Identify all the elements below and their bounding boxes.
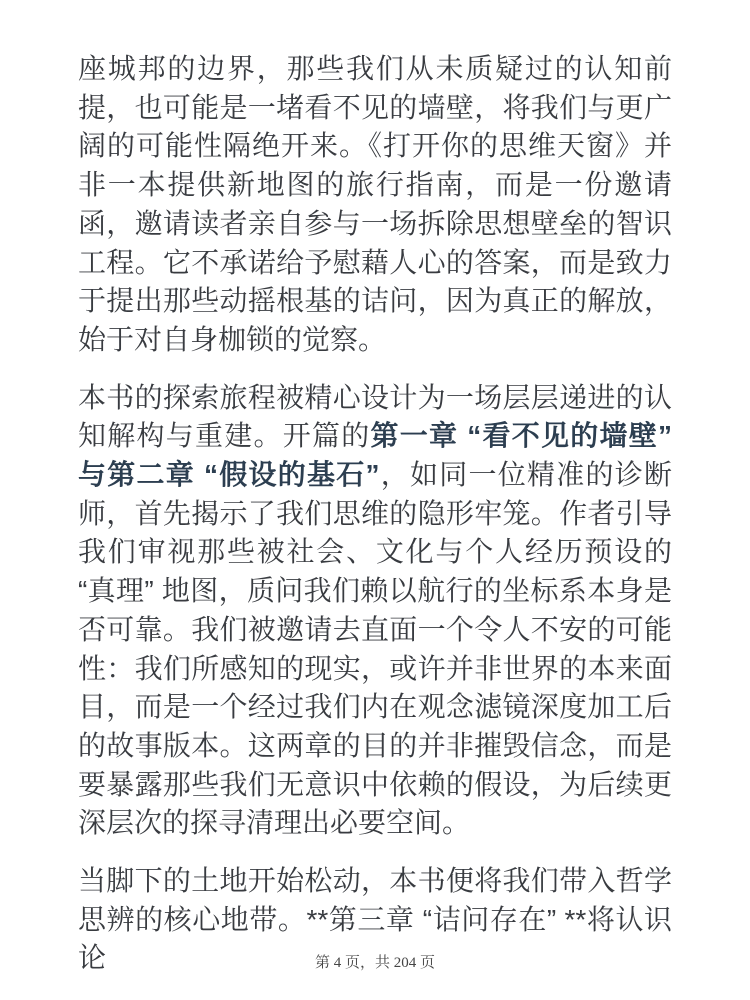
- paragraph-2-text-after: ，如同一位精准的诊断师，首先揭示了我们思维的隐形牢笼。作者引导我们审视那些被社会…: [78, 459, 672, 838]
- page-number-indicator: 第 4 页，共 204 页: [315, 955, 435, 971]
- page-footer: 第 4 页，共 204 页: [0, 951, 750, 972]
- paragraph-1: 座城邦的边界，那些我们从未质疑过的认知前提，也可能是一堵看不见的墙壁，将我们与更…: [78, 50, 672, 360]
- document-content: 座城邦的边界，那些我们从未质疑过的认知前提，也可能是一堵看不见的墙壁，将我们与更…: [0, 0, 750, 978]
- paragraph-2: 本书的探索旅程被精心设计为一场层层递进的认知解构与重建。开篇的第一章 “看不见的…: [78, 379, 672, 843]
- document-page: 座城邦的边界，那些我们从未质疑过的认知前提，也可能是一堵看不见的墙壁，将我们与更…: [0, 0, 750, 1000]
